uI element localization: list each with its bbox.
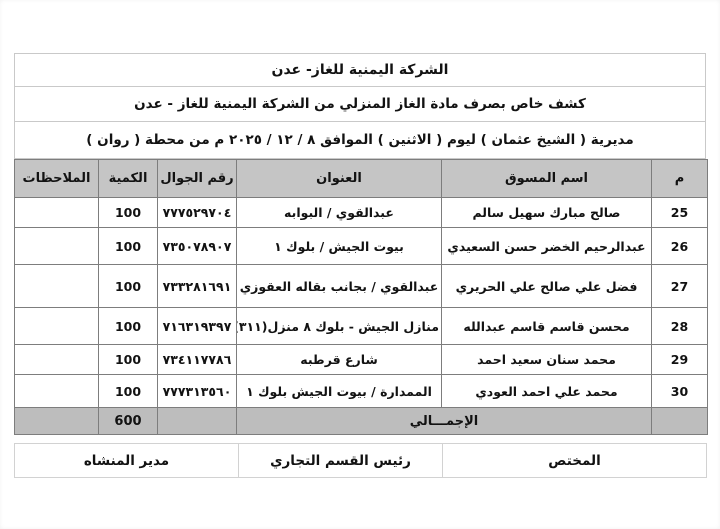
cell-name: فضل علي صالح علي الحريري xyxy=(442,265,652,308)
table-row: 27 فضل علي صالح علي الحريري عبدالقوي / ب… xyxy=(15,265,708,308)
cell-address: عبدالقوي / بجانب بقاله العقوزي xyxy=(237,265,442,308)
cell-address: الممدارة / بيوت الجيش بلوك ١ xyxy=(237,375,442,408)
company-title-row: الشركة اليمنية للغاز- عدن xyxy=(15,54,706,87)
cell-notes xyxy=(15,228,99,265)
cell-phone: ٧١٦٣١٩٣٩٧ xyxy=(158,308,237,345)
header-name: اسم المسوق xyxy=(442,160,652,198)
cell-name: صالح مبارك سهيل سالم xyxy=(442,198,652,228)
cell-serial: 27 xyxy=(652,265,708,308)
cell-quantity: 100 xyxy=(99,265,158,308)
signature-facility-manager: مدير المنشاه xyxy=(15,444,239,478)
cell-quantity: 100 xyxy=(99,308,158,345)
cell-notes xyxy=(15,375,99,408)
table-header-row: م اسم المسوق العنوان رقم الجوال الكمية ا… xyxy=(15,160,708,198)
cell-notes xyxy=(15,198,99,228)
title-block: الشركة اليمنية للغاز- عدن كشف خاص بصرف م… xyxy=(14,53,706,159)
signature-cells: المختص رئيس القسم التجاري مدير المنشاه xyxy=(15,444,707,478)
cell-name: عبدالرحيم الخضر حسن السعيدي xyxy=(442,228,652,265)
cell-name: محسن قاسم قاسم عبدالله xyxy=(442,308,652,345)
total-label: الإجمـــالي xyxy=(237,408,652,435)
district-date-row: مديرية ( الشيخ عثمان ) ليوم ( الاثنين ) … xyxy=(15,122,706,159)
header-quantity: الكمية xyxy=(99,160,158,198)
total-row: الإجمـــالي 600 xyxy=(15,408,708,435)
cell-notes xyxy=(15,308,99,345)
signature-specialist: المختص xyxy=(443,444,707,478)
company-title: الشركة اليمنية للغاز- عدن xyxy=(15,54,706,87)
dispense-table: م اسم المسوق العنوان رقم الجوال الكمية ا… xyxy=(14,159,708,435)
cell-phone: ٧٣٤١١٧٧٨٦ xyxy=(158,345,237,375)
total-phone-cell xyxy=(158,408,237,435)
cell-address: عبدالقوي / البوابه xyxy=(237,198,442,228)
table-row: 28 محسن قاسم قاسم عبدالله منازل الجيش - … xyxy=(15,308,708,345)
cell-quantity: 100 xyxy=(99,228,158,265)
cell-quantity: 100 xyxy=(99,345,158,375)
gas-dispense-sheet: الشركة اليمنية للغاز- عدن كشف خاص بصرف م… xyxy=(14,53,706,478)
cell-address: بيوت الجيش / بلوك ١ xyxy=(237,228,442,265)
cell-phone: ٧٧٧٣١٣٥٦٠ xyxy=(158,375,237,408)
signature-row: المختص رئيس القسم التجاري مدير المنشاه xyxy=(14,443,707,478)
table-row: 25 صالح مبارك سهيل سالم عبدالقوي / البوا… xyxy=(15,198,708,228)
cell-notes xyxy=(15,265,99,308)
header-phone: رقم الجوال xyxy=(158,160,237,198)
header-serial: م xyxy=(652,160,708,198)
cell-phone: ٧٣٥٠٧٨٩٠٧ xyxy=(158,228,237,265)
table-row: 26 عبدالرحيم الخضر حسن السعيدي بيوت الجي… xyxy=(15,228,708,265)
cell-serial: 30 xyxy=(652,375,708,408)
cell-name: محمد علي احمد العودي xyxy=(442,375,652,408)
header-address: العنوان xyxy=(237,160,442,198)
table-row: 30 محمد علي احمد العودي الممدارة / بيوت … xyxy=(15,375,708,408)
cell-phone: ٧٧٧٥٢٩٧٠٤ xyxy=(158,198,237,228)
cell-quantity: 100 xyxy=(99,198,158,228)
total-serial-cell xyxy=(652,408,708,435)
cell-serial: 29 xyxy=(652,345,708,375)
total-quantity: 600 xyxy=(99,408,158,435)
cell-serial: 25 xyxy=(652,198,708,228)
cell-serial: 28 xyxy=(652,308,708,345)
document-page: الشركة اليمنية للغاز- عدن كشف خاص بصرف م… xyxy=(0,0,720,529)
total-notes-cell xyxy=(15,408,99,435)
cell-phone: ٧٣٣٢٨١٦٩١ xyxy=(158,265,237,308)
cell-quantity: 100 xyxy=(99,375,158,408)
cell-notes xyxy=(15,345,99,375)
cell-serial: 26 xyxy=(652,228,708,265)
header-notes: الملاحظات xyxy=(15,160,99,198)
sheet-subtitle-row: كشف خاص بصرف مادة الغاز المنزلي من الشرك… xyxy=(15,87,706,122)
cell-address: منازل الجيش - بلوك ٨ منزل(٣١١) xyxy=(237,308,442,345)
signature-commercial-head: رئيس القسم التجاري xyxy=(239,444,443,478)
sheet-subtitle: كشف خاص بصرف مادة الغاز المنزلي من الشرك… xyxy=(15,87,706,122)
cell-address: شارع قرطبه xyxy=(237,345,442,375)
district-date-line: مديرية ( الشيخ عثمان ) ليوم ( الاثنين ) … xyxy=(15,122,706,159)
cell-name: محمد سنان سعيد احمد xyxy=(442,345,652,375)
table-row: 29 محمد سنان سعيد احمد شارع قرطبه ٧٣٤١١٧… xyxy=(15,345,708,375)
